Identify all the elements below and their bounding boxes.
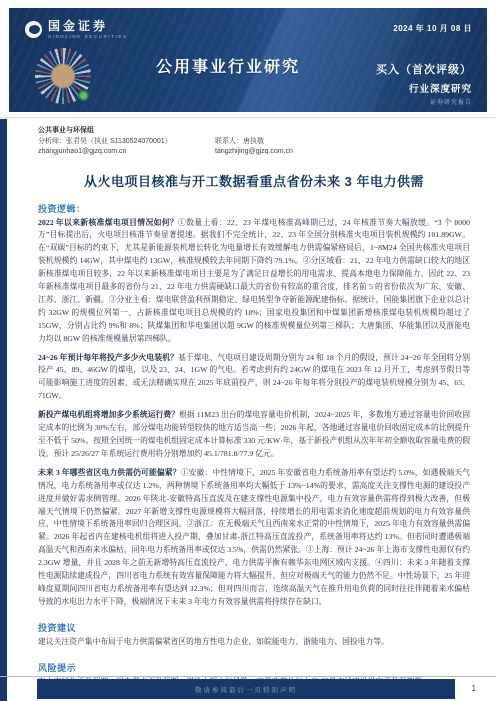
paragraph-system-cost: 新投产煤电机组将增加多少系统运行费？根据 11M23 出台的煤电容量电价机制，2…	[38, 409, 470, 461]
report-body: 公共事业与环保组 分析师：张君昊（执业 S1130524070001）联系人：唐…	[38, 126, 470, 689]
footer-disclaimer-band: 敬请参阅最后一页特别声明	[37, 679, 455, 699]
contact-name: 联系人：唐执敬	[215, 138, 264, 145]
report-level-label: 行业深度研究	[409, 81, 472, 95]
brand-name: 国金证券	[48, 20, 128, 33]
paragraph-approval-overview: 2022 年以来新核准煤电项目情况如何？①数量上看：22、23 年煤电核准高峰期…	[38, 217, 470, 346]
analyst-team: 公共事业与环保组	[38, 126, 470, 137]
report-date: 2024 年 10 月 08 日	[393, 23, 472, 34]
brand-text: 国金证券 SINOLINK SECURITIES	[48, 20, 128, 40]
page-number: 1	[472, 684, 476, 693]
advice-text: 建议关注资产集中布局于电力供需偏紧省区的地方性电力企业，如皖能电力、浙能电力、国…	[38, 636, 470, 649]
header-divider	[0, 117, 496, 118]
report-page: 国金证券 SINOLINK SECURITIES 2024 年 10 月 08 …	[0, 0, 496, 701]
report-tag-label: 证券研究报告	[430, 97, 472, 106]
paragraph-regional-outlook: 未来 3 年哪些省区电力供需仍可能偏紧？①安徽：中性情境下，2025 年安徽省电…	[38, 467, 470, 609]
analyst-name: 分析师：张君昊（执业 S1130524070001）	[38, 137, 215, 148]
paragraph-lead: 新投产煤电机组将增加多少系统运行费？	[38, 410, 179, 419]
paragraph-text: ①数量上看：22、23 年煤电核准高峰期已过，24 年核准节奏大幅放缓。“3 个…	[38, 218, 470, 343]
section-heading-risk-warning: 风险提示	[38, 661, 470, 674]
analyst-emails: zhangjunhao1@gjzq.com.cntangzhijing@gjzq…	[38, 147, 470, 158]
contact-email-link[interactable]: tangzhijing@gjzq.com.cn	[215, 148, 293, 155]
section-heading-investment-logic: 投资逻辑：	[38, 202, 470, 215]
brand-subtitle: SINOLINK SECURITIES	[48, 33, 128, 40]
section-heading-investment-advice: 投资建议	[38, 621, 470, 634]
brand: 国金证券 SINOLINK SECURITIES	[25, 20, 128, 40]
brand-logo-icon	[25, 21, 42, 38]
analyst-email-link[interactable]: zhangjunhao1@gjzq.com.cn	[38, 148, 126, 155]
footer-divider	[0, 676, 496, 677]
report-header: 国金证券 SINOLINK SECURITIES 2024 年 10 月 08 …	[9, 8, 487, 112]
paragraph-text: ①安徽：中性情境下，2025 年安徽省电力系统备用率有望达约 5.0%，如遇极端…	[38, 468, 470, 606]
paragraph-lead: 2022 年以来新核准煤电项目情况如何？	[38, 218, 178, 227]
left-accent-bar	[0, 119, 7, 701]
analyst-line: 分析师：张君昊（执业 S1130524070001）联系人：唐执敬	[38, 137, 470, 148]
paragraph-lead: 未来 3 年哪些省区电力供需仍可能偏紧？	[38, 468, 181, 477]
footer-disclaimer: 敬请参阅最后一页特别声明	[195, 685, 297, 694]
paragraph-capacity-forecast: 24~26 年预计每年将投产多少火电装机？基于煤电、气电项目建设周期分别为 24…	[38, 352, 470, 404]
rating-label: 买入（首次评级）	[376, 61, 472, 77]
paragraph-lead: 24~26 年预计每年将投产多少火电装机？	[38, 353, 178, 362]
analyst-block: 公共事业与环保组 分析师：张君昊（执业 S1130524070001）联系人：唐…	[38, 126, 470, 158]
page-title: 从火电项目核准与开工数据看重点省份未来 3 年电力供需	[38, 171, 470, 190]
